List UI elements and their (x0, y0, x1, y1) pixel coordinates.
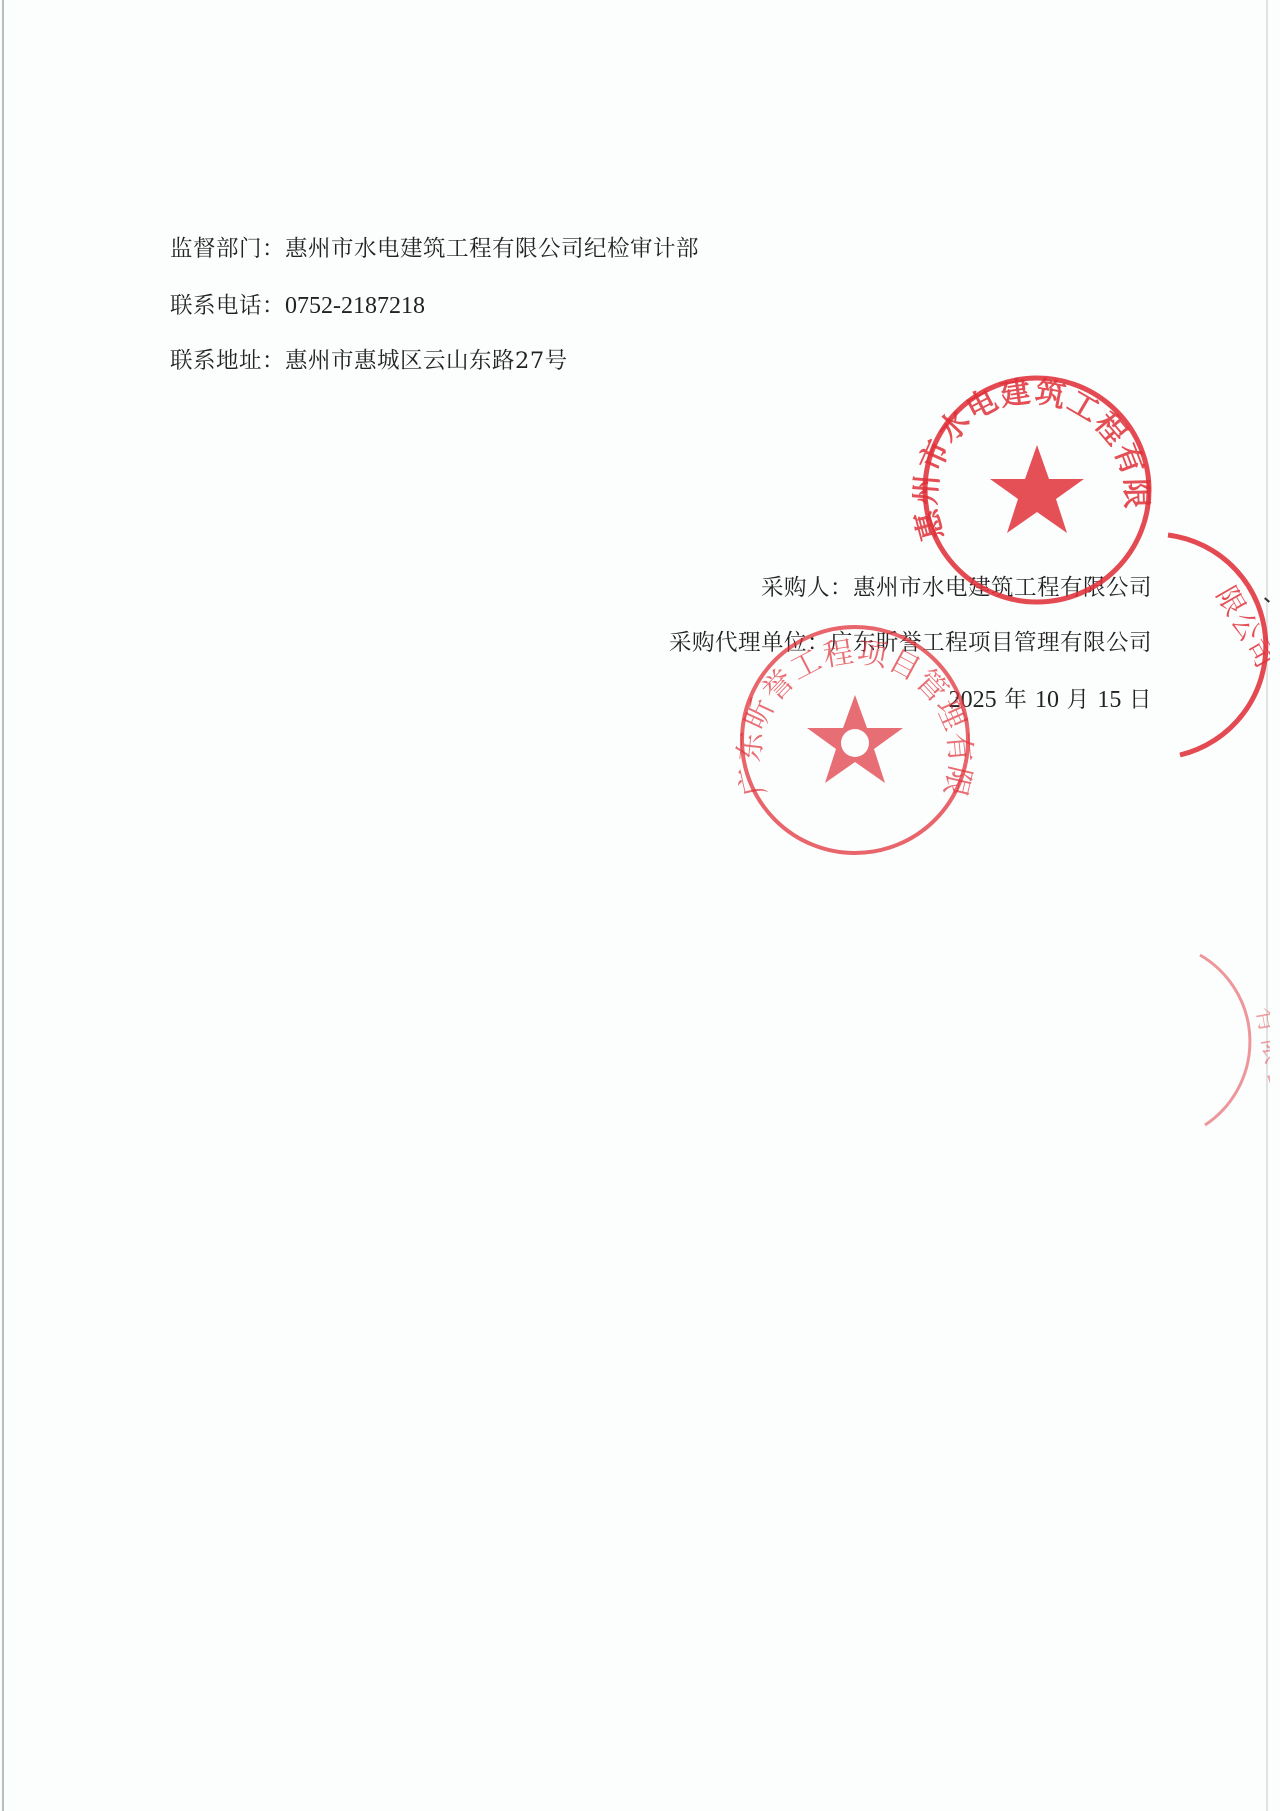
svg-text:惠州市水电建筑工程有限公司: 惠州市水电建筑工程有限公司 (912, 375, 1154, 544)
partial-seal-1-text: 限公司 (1210, 581, 1270, 675)
star-icon (807, 695, 903, 783)
address-line: 联系地址：惠州市惠城区云山东路27号 (170, 350, 568, 373)
date-month-unit: 月 (1067, 687, 1090, 713)
supervision-dept-label: 监督部门： (170, 236, 285, 262)
date-day: 15 (1097, 687, 1121, 713)
date-year-unit: 年 (1004, 687, 1027, 713)
date-year: 2025 (949, 687, 997, 713)
purchaser-seal-text: 惠州市水电建筑工程有限公司 (912, 375, 1154, 544)
partial-seal-1: 限公司 (1160, 530, 1270, 760)
purchaser-seal: 惠州市水电建筑工程有限公司 (912, 375, 1162, 605)
scan-edge-left (2, 0, 4, 1811)
date-month: 10 (1035, 687, 1059, 713)
star-icon (990, 445, 1084, 533)
address-value: 惠州市惠城区云山东路27号 (285, 348, 568, 374)
date-line: 2025 年 10 月 15 日 (949, 688, 1152, 712)
scan-edge-right (1266, 0, 1268, 1811)
phone-value: 0752-2187218 (285, 293, 425, 319)
supervision-dept-line: 监督部门：惠州市水电建筑工程有限公司纪检审计部 (170, 238, 699, 261)
purchaser-label: 采购人： (761, 575, 853, 601)
purchaser-line: 采购人：惠州市水电建筑工程有限公司 (761, 577, 1152, 600)
phone-line: 联系电话：0752-2187218 (170, 294, 425, 318)
phone-label: 联系电话： (170, 293, 285, 319)
agent-line: 采购代理单位：广东昕誉工程项目管理有限公司 (669, 632, 1152, 655)
agent-value: 广东昕誉工程项目管理有限公司 (830, 630, 1152, 656)
purchaser-value: 惠州市水电建筑工程有限公司 (853, 575, 1152, 601)
agent-label: 采购代理单位： (669, 630, 830, 656)
partial-seal-2: 有限公 (1195, 950, 1270, 1130)
agent-seal: 广东昕誉工程项目管理有限公司 (735, 620, 975, 860)
scan-mark (1264, 597, 1270, 602)
address-label: 联系地址： (170, 348, 285, 374)
supervision-dept-value: 惠州市水电建筑工程有限公司纪检审计部 (285, 236, 699, 262)
date-day-unit: 日 (1129, 687, 1152, 713)
